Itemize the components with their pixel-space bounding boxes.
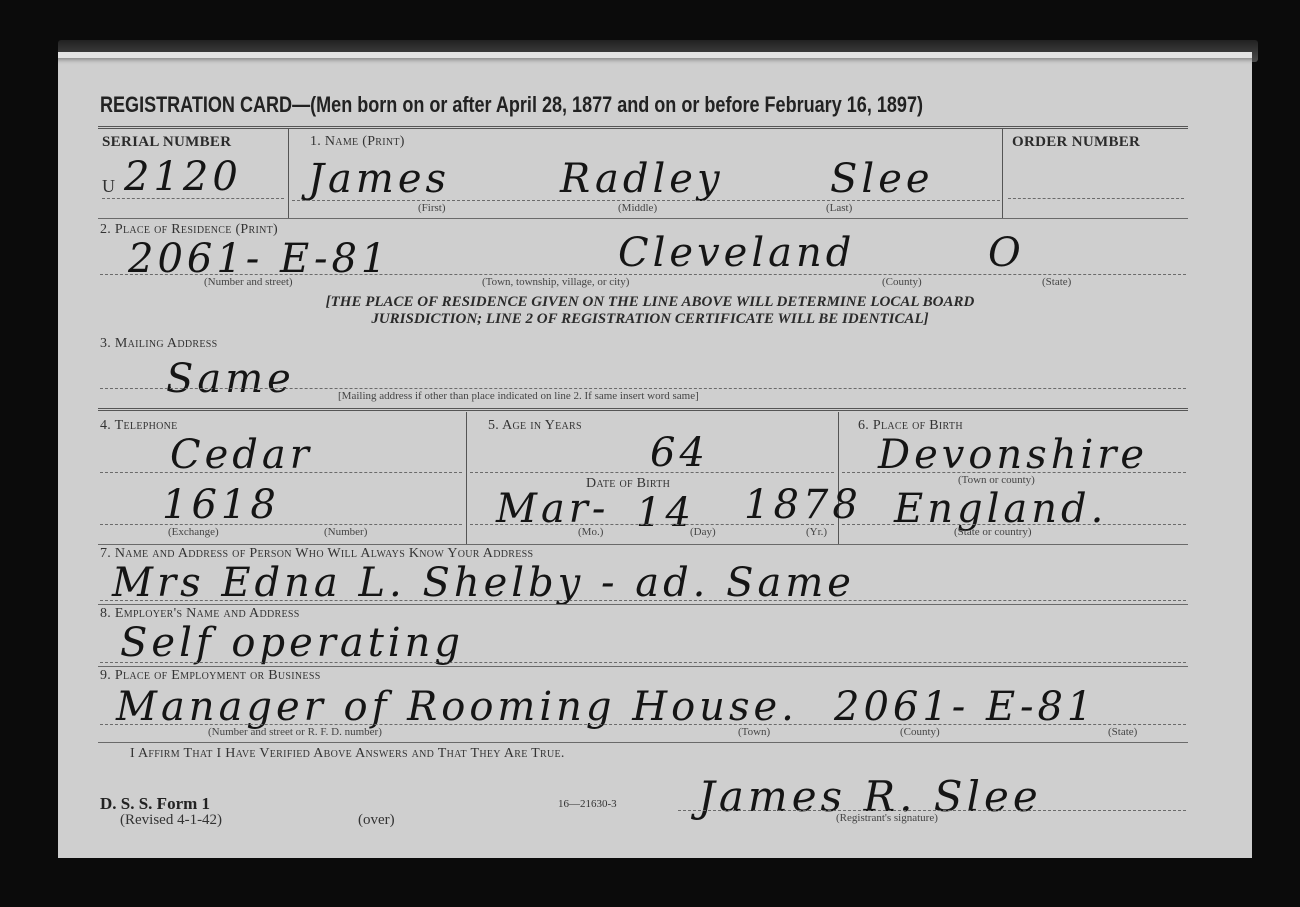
divider xyxy=(466,412,467,544)
last-name-value: Slee xyxy=(830,156,934,202)
contact-line xyxy=(100,600,1186,601)
name-label: 1. Name (Print) xyxy=(310,134,405,150)
signature-caption: (Registrant's signature) xyxy=(836,812,938,824)
residence-town-value: Cleveland xyxy=(618,230,855,276)
day-caption: (Day) xyxy=(690,526,716,538)
mailing-address-value: Same xyxy=(166,356,295,402)
employment-county-caption: (County) xyxy=(900,726,940,738)
section-rule xyxy=(98,408,1188,411)
state-or-country-caption: (State or country) xyxy=(954,526,1032,538)
birth-year-value: 1878 xyxy=(744,482,862,528)
mailing-hint: [Mailing address if other than place ind… xyxy=(338,390,699,402)
residence-state-value: O xyxy=(988,230,1025,276)
card-title: REGISTRATION CARD—(Men born on or after … xyxy=(100,92,923,118)
notice-line-2: JURISDICTION; LINE 2 OF REGISTRATION CER… xyxy=(100,311,1200,328)
number-caption: (Number) xyxy=(324,526,367,538)
month-caption: (Mo.) xyxy=(578,526,603,538)
birth-country-line xyxy=(842,524,1186,525)
employer-line xyxy=(100,662,1186,663)
title-rule xyxy=(98,126,1188,129)
form-revision: (Revised 4-1-42) xyxy=(120,812,222,829)
notice-line-1: [THE PLACE OF RESIDENCE GIVEN ON THE LIN… xyxy=(100,294,1200,311)
form-number: D. S. S. Form 1 xyxy=(100,794,210,814)
section-rule xyxy=(98,218,1188,219)
middle-name-value: Radley xyxy=(560,156,724,202)
signature-line xyxy=(678,810,1186,811)
residence-line xyxy=(100,274,1186,275)
employment-line xyxy=(100,724,1186,725)
last-name-caption: (Last) xyxy=(826,202,852,214)
exchange-caption: (Exchange) xyxy=(168,526,219,538)
telephone-number-value: 1618 xyxy=(162,482,280,528)
year-caption: (Yr.) xyxy=(806,526,827,538)
state-caption: (State) xyxy=(1042,276,1071,288)
employment-town-caption: (Town) xyxy=(738,726,770,738)
birth-day-value: 14 xyxy=(636,490,695,536)
employment-place-label: 9. Place of Employment or Business xyxy=(100,668,321,684)
affirmation-text: I Affirm That I Have Verified Above Answ… xyxy=(130,746,565,762)
employer-value: Self operating xyxy=(120,620,464,666)
order-number-line xyxy=(1008,198,1184,199)
telephone-label: 4. Telephone xyxy=(100,418,178,434)
street-caption: (Number and street) xyxy=(204,276,293,288)
town-caption: (Town, township, village, or city) xyxy=(482,276,629,288)
over-note: (over) xyxy=(358,812,395,829)
divider xyxy=(288,128,289,218)
town-or-county-caption: (Town or county) xyxy=(958,474,1035,486)
serial-number-label: SERIAL NUMBER xyxy=(102,134,231,151)
section-rule xyxy=(98,742,1188,743)
telephone-line-2 xyxy=(100,524,462,525)
print-code: 16—21630-3 xyxy=(558,798,617,810)
order-number-label: ORDER NUMBER xyxy=(1012,134,1140,151)
age-value: 64 xyxy=(650,430,709,476)
section-rule xyxy=(98,604,1188,605)
serial-line xyxy=(102,198,284,199)
first-name-caption: (First) xyxy=(418,202,446,214)
middle-name-caption: (Middle) xyxy=(618,202,657,214)
dob-line xyxy=(470,524,834,525)
age-label: 5. Age in Years xyxy=(488,418,582,434)
serial-prefix: U xyxy=(102,176,115,197)
section-rule xyxy=(98,544,1188,545)
registration-card: REGISTRATION CARD—(Men born on or after … xyxy=(58,52,1252,858)
employment-street-caption: (Number and street or R. F. D. number) xyxy=(208,726,382,738)
mailing-address-label: 3. Mailing Address xyxy=(100,336,217,352)
first-name-value: James xyxy=(308,156,450,202)
employment-state-caption: (State) xyxy=(1108,726,1137,738)
mailing-line xyxy=(100,388,1186,389)
birth-town-line xyxy=(842,472,1186,473)
telephone-line xyxy=(100,472,462,473)
section-rule xyxy=(98,666,1188,667)
age-line xyxy=(470,472,834,473)
divider xyxy=(1002,128,1003,218)
name-line xyxy=(292,200,1000,201)
serial-number-value: 2120 xyxy=(124,154,242,200)
jurisdiction-notice: [THE PLACE OF RESIDENCE GIVEN ON THE LIN… xyxy=(100,294,1200,328)
county-caption: (County) xyxy=(882,276,922,288)
